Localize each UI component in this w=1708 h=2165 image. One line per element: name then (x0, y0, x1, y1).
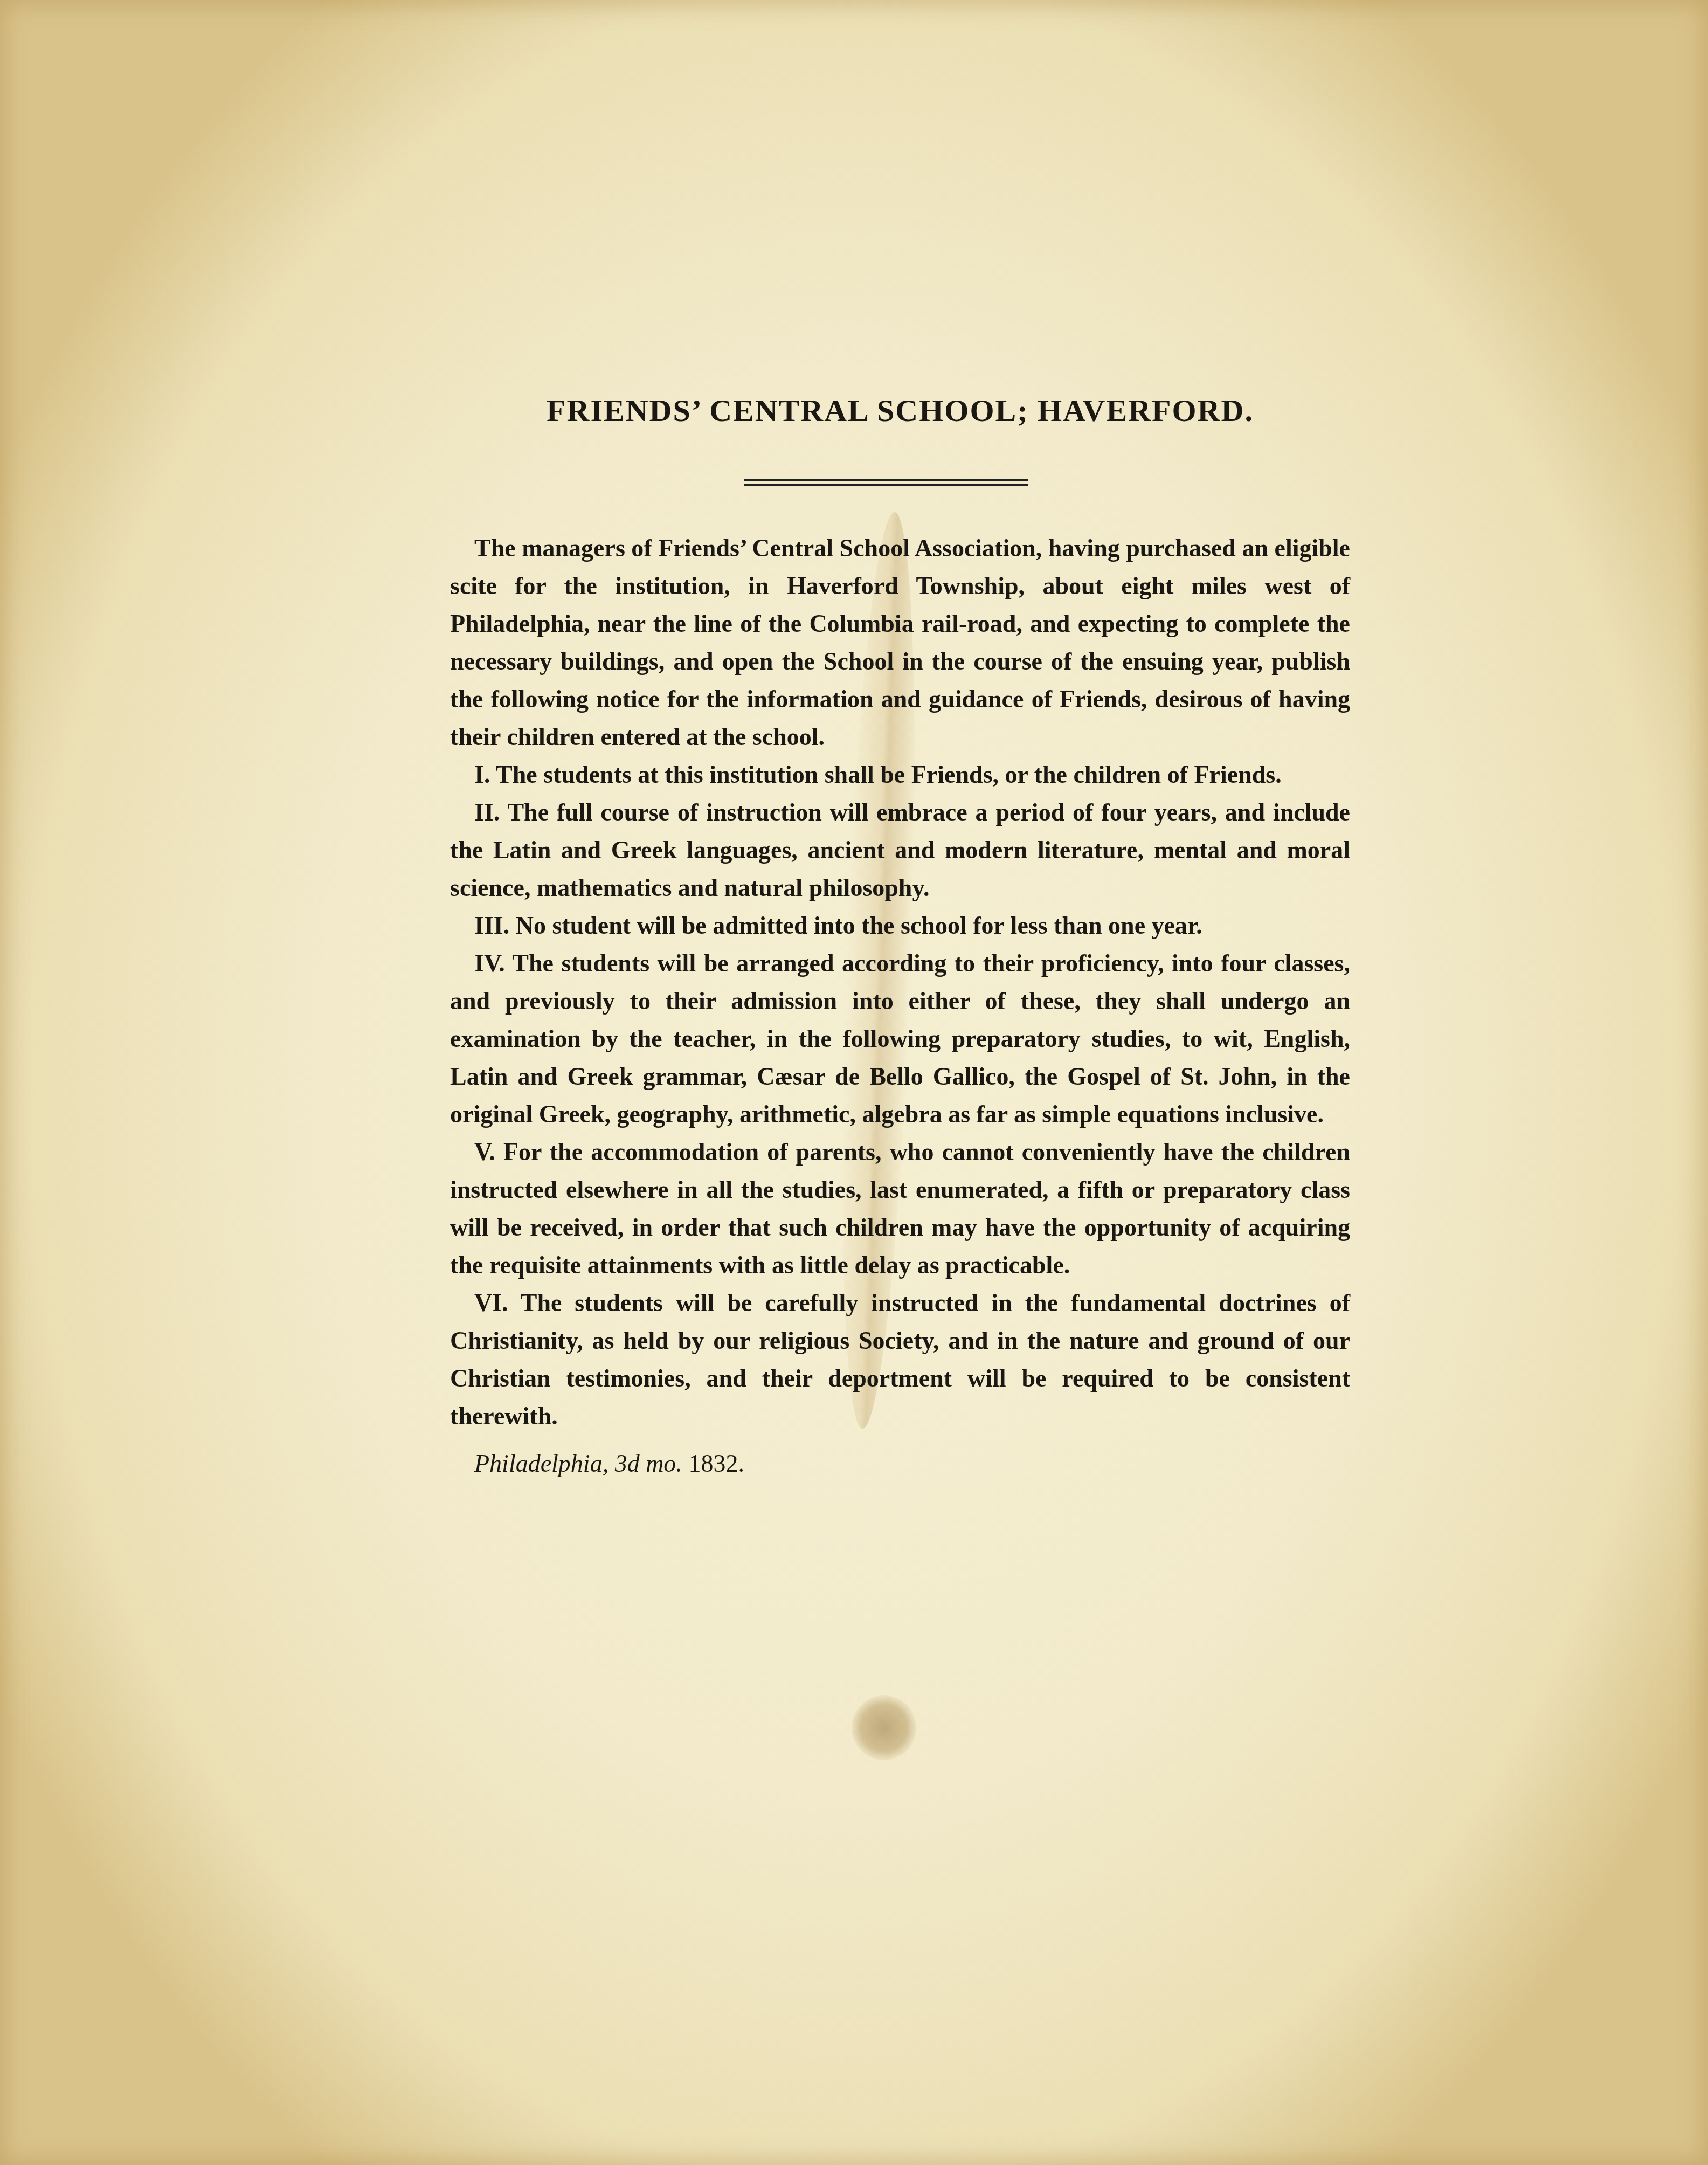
document-body: The managers of Friends’ Central School … (450, 529, 1350, 1483)
article-3: III. No student will be admitted into th… (450, 907, 1350, 944)
article-text: The students will be carefully instructe… (450, 1289, 1350, 1430)
article-text: The full course of instruction will embr… (450, 798, 1350, 901)
article-numeral: IV. (474, 949, 505, 977)
double-rule-divider (744, 479, 1028, 486)
article-text: No student will be admitted into the sch… (516, 912, 1202, 939)
article-numeral: II. (474, 798, 500, 826)
article-numeral: VI. (474, 1289, 508, 1316)
document-page: FRIENDS’ CENTRAL SCHOOL; HAVERFORD. The … (0, 0, 1708, 2165)
article-4: IV. The students will be arranged accord… (450, 944, 1350, 1133)
article-1: I. The students at this institution shal… (450, 756, 1350, 794)
document-title: FRIENDS’ CENTRAL SCHOOL; HAVERFORD. (445, 392, 1356, 429)
article-5: V. For the accommodation of parents, who… (450, 1133, 1350, 1284)
intro-paragraph: The managers of Friends’ Central School … (450, 529, 1350, 756)
dateline-month: 3d mo. (615, 1450, 682, 1477)
dateline-year: 1832. (688, 1450, 744, 1477)
dateline-place: Philadelphia, (474, 1450, 608, 1477)
article-numeral: III. (474, 912, 509, 939)
article-text: The students at this institution shall b… (496, 761, 1282, 788)
article-text: For the accommodation of parents, who ca… (450, 1138, 1350, 1279)
article-numeral: V. (474, 1138, 495, 1166)
article-6: VI. The students will be carefully instr… (450, 1284, 1350, 1435)
foxing-spot (852, 1695, 916, 1760)
article-2: II. The full course of instruction will … (450, 794, 1350, 907)
dateline: Philadelphia, 3d mo. 1832. (450, 1445, 1350, 1483)
article-text: The students will be arranged according … (450, 949, 1350, 1128)
article-numeral: I. (474, 761, 490, 788)
